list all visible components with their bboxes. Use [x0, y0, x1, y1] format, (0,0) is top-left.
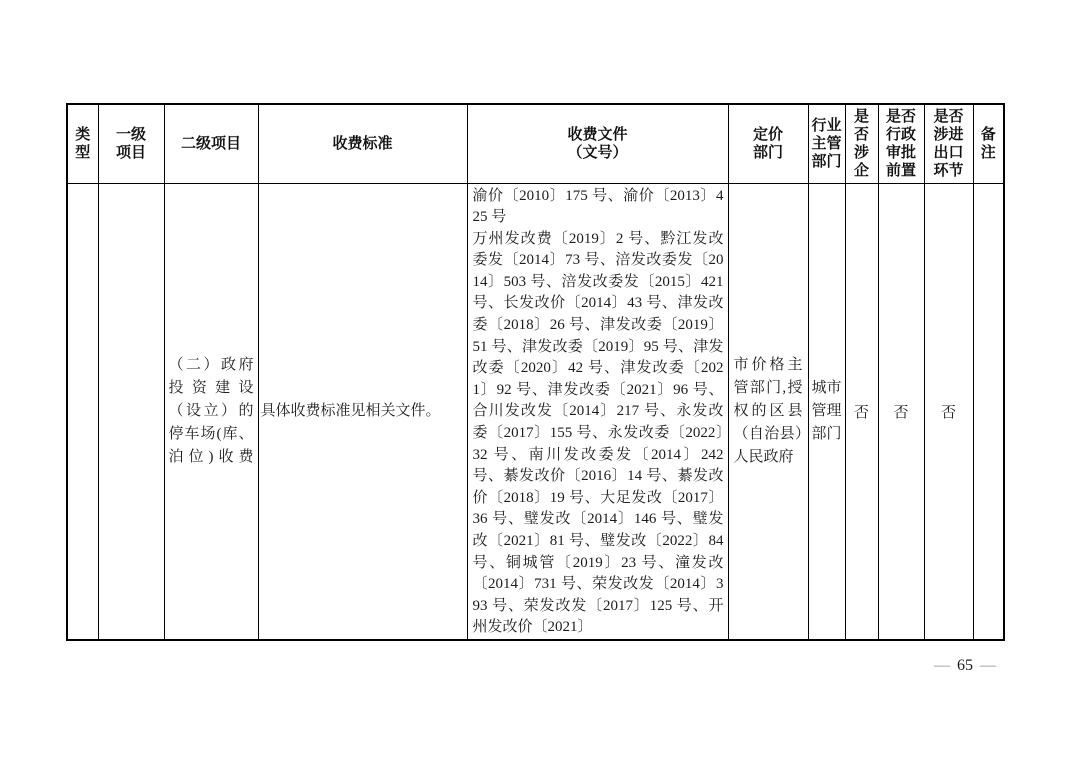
footer-right-dash: — — [980, 657, 996, 674]
page-footer: —65— — [922, 657, 1008, 675]
table-header-row: 类 型 一级 项目 二级项目 收费标准 收费文件 （文号） 定价 部门 行业 主… — [67, 104, 1004, 183]
cell-industry-department: 城市 管理 部门 — [808, 183, 845, 640]
header-cell-import-export-link: 是否 涉进 出口 环节 — [924, 104, 973, 183]
document-page: 类 型 一级 项目 二级项目 收费标准 收费文件 （文号） 定价 部门 行业 主… — [0, 0, 1074, 757]
header-cell-involves-enterprise: 是 否 涉 企 — [845, 104, 878, 183]
header-cell-pricing-department: 定价 部门 — [728, 104, 808, 183]
header-cell-level2-project: 二级项目 — [164, 104, 258, 183]
table-row: （二）政府投资建设（设立）的停车场(库、泊位)收费 具体收费标准见相关文件。 渝… — [67, 183, 1004, 640]
cell-involves-enterprise: 否 — [845, 183, 878, 640]
page-number: 65 — [950, 657, 980, 674]
cell-import-export-link: 否 — [924, 183, 973, 640]
footer-left-dash: — — [934, 657, 950, 674]
fee-document-paragraph-1: 渝价〔2010〕175 号、渝价〔2013〕425 号 — [473, 186, 724, 229]
header-cell-remark: 备 注 — [973, 104, 1004, 183]
cell-pricing-department: 市价格主管部门,授权的区县（自治县）人民政府 — [728, 183, 808, 640]
cell-level2-project: （二）政府投资建设（设立）的停车场(库、泊位)收费 — [164, 183, 258, 640]
header-cell-fee-standard: 收费标准 — [258, 104, 467, 183]
cell-admin-approval-precondition: 否 — [878, 183, 924, 640]
header-cell-fee-documents: 收费文件 （文号） — [467, 104, 728, 183]
cell-fee-standard: 具体收费标准见相关文件。 — [258, 183, 467, 640]
header-cell-admin-approval-precondition: 是否 行政 审批 前置 — [878, 104, 924, 183]
fee-schedule-table: 类 型 一级 项目 二级项目 收费标准 收费文件 （文号） 定价 部门 行业 主… — [66, 103, 1005, 641]
cell-remark — [973, 183, 1004, 640]
header-cell-level1-project: 一级 项目 — [98, 104, 164, 183]
cell-level1-project — [98, 183, 164, 640]
cell-type — [67, 183, 98, 640]
header-cell-industry-department: 行业 主管 部门 — [808, 104, 845, 183]
cell-fee-documents: 渝价〔2010〕175 号、渝价〔2013〕425 号 万州发改费〔2019〕2… — [467, 183, 728, 640]
fee-document-paragraph-2: 万州发改费〔2019〕2 号、黔江发改委发〔2014〕73 号、涪发改委发〔20… — [473, 229, 724, 639]
header-cell-type: 类 型 — [67, 104, 98, 183]
